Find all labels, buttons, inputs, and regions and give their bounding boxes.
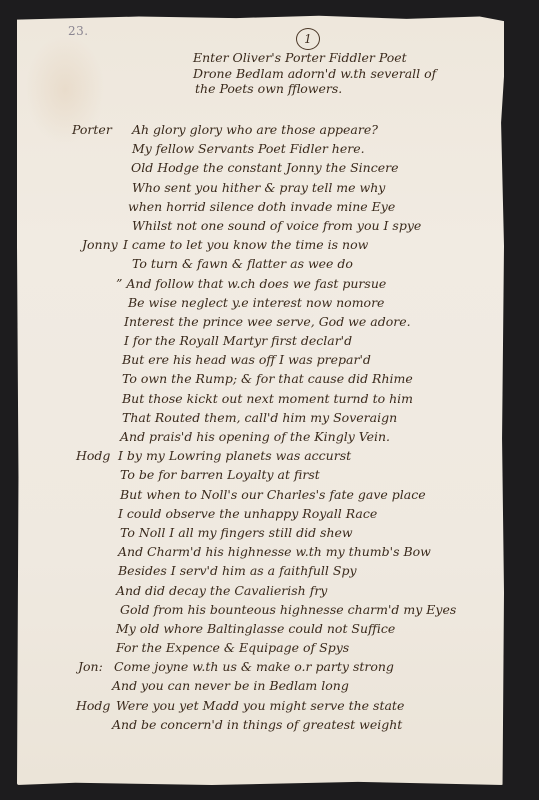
verse-line: And prais'd his opening of the Kingly Ve… [0, 427, 539, 446]
verse-line: And you can never be in Bedlam long [0, 676, 539, 695]
verse-text: But ere his head was off I was prepar'd [122, 350, 371, 369]
speaker-label: Porter [72, 120, 112, 139]
heading-line: the Poets own fflowers. [193, 81, 493, 97]
verse-text: My fellow Servants Poet Fidler here. [132, 139, 365, 158]
verse-line: To turn & fawn & flatter as wee do [0, 254, 539, 273]
verse-text: when horrid silence doth invade mine Eye [128, 197, 395, 216]
speaker-label: Jonny [82, 235, 118, 254]
verse-line: HodgWere you yet Madd you might serve th… [0, 696, 539, 715]
verse-text: Interest the prince wee serve, God we ad… [124, 312, 411, 331]
speaker-label: Hodg [76, 696, 110, 715]
verse-line: And did decay the Cavalierish fry [0, 581, 539, 600]
stage-direction-heading: Enter Oliver's Porter Fiddler Poet Drone… [193, 50, 493, 97]
verse-text: To turn & fawn & flatter as wee do [132, 254, 353, 273]
verse-text: Ah glory glory who are those appeare? [132, 120, 378, 139]
verse-text: To own the Rump; & for that cause did Rh… [122, 369, 413, 388]
verse-dialogue: PorterAh glory glory who are those appea… [0, 120, 539, 734]
verse-line: ” And follow that w.ch does we fast purs… [0, 274, 539, 293]
verse-line: But those kickt out next moment turnd to… [0, 389, 539, 408]
verse-text: And prais'd his opening of the Kingly Ve… [120, 427, 390, 446]
verse-text: But those kickt out next moment turnd to… [122, 389, 413, 408]
verse-text: To Noll I all my fingers still did shew [120, 523, 353, 542]
verse-line: And be concern'd in things of greatest w… [0, 715, 539, 734]
verse-line: Gold from his bounteous highnesse charm'… [0, 600, 539, 619]
verse-text: Whilst not one sound of voice from you I… [132, 216, 421, 235]
heading-line: Enter Oliver's Porter Fiddler Poet [193, 50, 493, 66]
verse-text: Besides I serv'd him as a faithfull Spy [118, 561, 357, 580]
verse-text: I by my Lowring planets was accurst [118, 446, 351, 465]
verse-line: when horrid silence doth invade mine Eye [0, 197, 539, 216]
verse-line: But ere his head was off I was prepar'd [0, 350, 539, 369]
verse-text: Old Hodge the constant Jonny the Sincere [131, 158, 398, 177]
verse-line: PorterAh glory glory who are those appea… [0, 120, 539, 139]
verse-text: Be wise neglect y.e interest now nomore [128, 293, 384, 312]
verse-line: And Charm'd his highnesse w.th my thumb'… [0, 542, 539, 561]
verse-text: For the Expence & Equipage of Spys [116, 638, 349, 657]
verse-line: But when to Noll's our Charles's fate ga… [0, 485, 539, 504]
verse-line: Jon:Come joyne w.th us & make o.r party … [0, 657, 539, 676]
verse-line: That Routed them, call'd him my Soveraig… [0, 408, 539, 427]
verse-line: Interest the prince wee serve, God we ad… [0, 312, 539, 331]
verse-line: My fellow Servants Poet Fidler here. [0, 139, 539, 158]
speaker-label: Jon: [78, 657, 103, 676]
verse-text: My old whore Baltinglasse could not Suff… [116, 619, 395, 638]
verse-line: To be for barren Loyalty at first [0, 465, 539, 484]
page-number: 1 [296, 28, 320, 50]
verse-line: I could observe the unhappy Royall Race [0, 504, 539, 523]
verse-text: I came to let you know the time is now [123, 235, 368, 254]
verse-line: Be wise neglect y.e interest now nomore [0, 293, 539, 312]
verse-line: For the Expence & Equipage of Spys [0, 638, 539, 657]
verse-text: And you can never be in Bedlam long [112, 676, 349, 695]
verse-text: Were you yet Madd you might serve the st… [116, 696, 404, 715]
verse-text: And did decay the Cavalierish fry [116, 581, 327, 600]
speaker-label: Hodg [76, 446, 110, 465]
verse-text: I for the Royall Martyr first declar'd [124, 331, 352, 350]
verse-text: And Charm'd his highnesse w.th my thumb'… [118, 542, 431, 561]
verse-line: HodgI by my Lowring planets was accurst [0, 446, 539, 465]
verse-text: Who sent you hither & pray tell me why [132, 178, 385, 197]
verse-line: Besides I serv'd him as a faithfull Spy [0, 561, 539, 580]
verse-text: I could observe the unhappy Royall Race [118, 504, 377, 523]
verse-line: Old Hodge the constant Jonny the Sincere [0, 158, 539, 177]
verse-line: To Noll I all my fingers still did shew [0, 523, 539, 542]
verse-text: To be for barren Loyalty at first [120, 465, 320, 484]
verse-text: Gold from his bounteous highnesse charm'… [120, 600, 456, 619]
verse-line: Whilst not one sound of voice from you I… [0, 216, 539, 235]
heading-line: Drone Bedlam adorn'd w.th severall of [193, 66, 493, 82]
verse-line: I for the Royall Martyr first declar'd [0, 331, 539, 350]
folio-number: 23. [68, 24, 89, 38]
verse-text: But when to Noll's our Charles's fate ga… [120, 485, 426, 504]
verse-text: That Routed them, call'd him my Soveraig… [122, 408, 397, 427]
verse-line: Who sent you hither & pray tell me why [0, 178, 539, 197]
verse-line: JonnyI came to let you know the time is … [0, 235, 539, 254]
scan-viewer: 23. 1 Enter Oliver's Porter Fiddler Poet… [0, 0, 539, 800]
verse-text: Come joyne w.th us & make o.r party stro… [114, 657, 394, 676]
verse-line: My old whore Baltinglasse could not Suff… [0, 619, 539, 638]
verse-line: To own the Rump; & for that cause did Rh… [0, 369, 539, 388]
verse-text: ” And follow that w.ch does we fast purs… [116, 274, 386, 293]
verse-text: And be concern'd in things of greatest w… [112, 715, 402, 734]
